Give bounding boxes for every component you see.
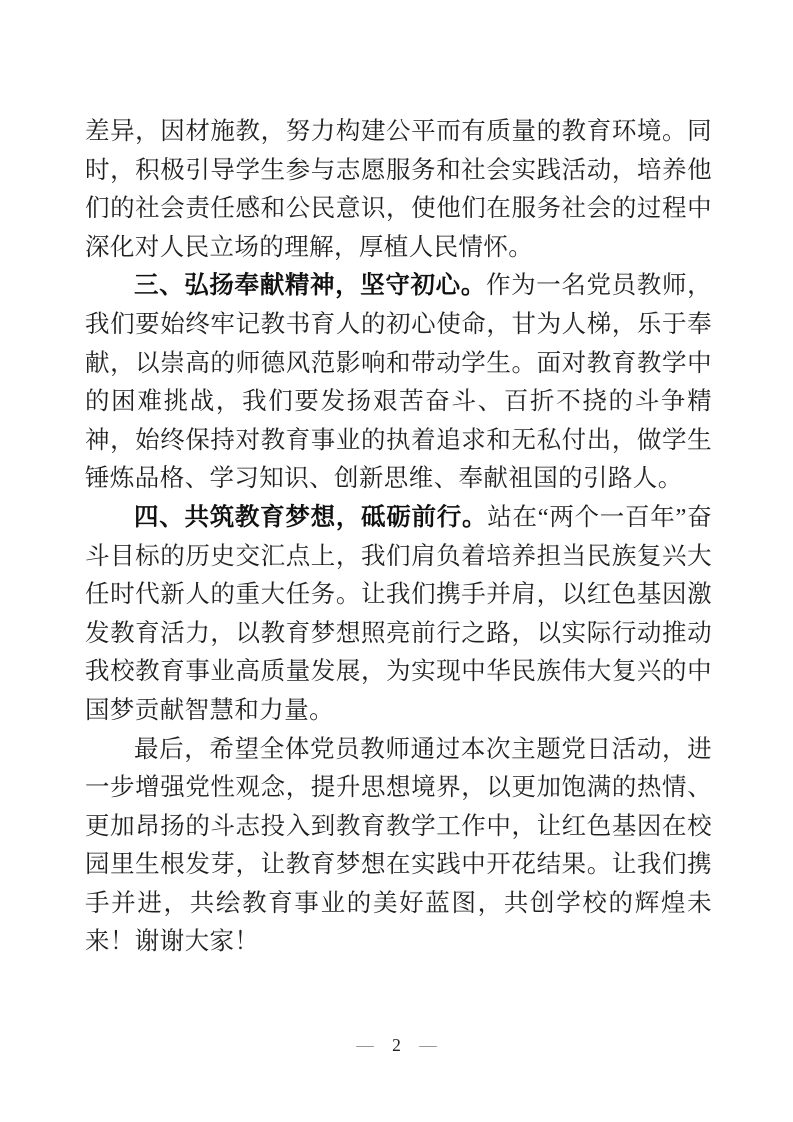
page-number-dash-left: — bbox=[354, 1035, 376, 1055]
paragraph-section-4: 四、共筑教育梦想，砥砺前行。站在“两个一百年”奋斗目标的历史交汇点上，我们肩负着… bbox=[85, 499, 712, 731]
page-number: 2 bbox=[392, 1035, 401, 1055]
section-4-heading: 四、共筑教育梦想，砥砺前行。 bbox=[134, 504, 487, 531]
paragraph-continuation: 差异，因材施教，努力构建公平而有质量的教育环境。同时，积极引导学生参与志愿服务和… bbox=[85, 113, 712, 267]
paragraph-closing-text: 最后，希望全体党员教师通过本次主题党日活动，进一步增强党性观念，提升思想境界，以… bbox=[85, 736, 712, 956]
section-3-heading: 三、弘扬奉献精神，坚守初心。 bbox=[134, 272, 486, 299]
document-page: 差异，因材施教，努力构建公平而有质量的教育环境。同时，积极引导学生参与志愿服务和… bbox=[0, 0, 793, 1122]
paragraph-section-3: 三、弘扬奉献精神，坚守初心。作为一名党员教师，我们要始终牢记教书育人的初心使命，… bbox=[85, 267, 712, 499]
paragraph-section-3-text: 作为一名党员教师，我们要始终牢记教书育人的初心使命，甘为人梯，乐于奉献，以崇高的… bbox=[85, 272, 712, 492]
page-footer: — 2 — bbox=[0, 1033, 793, 1057]
paragraph-closing: 最后，希望全体党员教师通过本次主题党日活动，进一步增强党性观念，提升思想境界，以… bbox=[85, 731, 712, 963]
paragraph-continuation-text: 差异，因材施教，努力构建公平而有质量的教育环境。同时，积极引导学生参与志愿服务和… bbox=[85, 118, 712, 261]
document-body: 差异，因材施教，努力构建公平而有质量的教育环境。同时，积极引导学生参与志愿服务和… bbox=[85, 113, 712, 962]
page-number-dash-right: — bbox=[417, 1035, 439, 1055]
paragraph-section-4-text: 站在“两个一百年”奋斗目标的历史交汇点上，我们肩负着培养担当民族复兴大任时代新人… bbox=[85, 504, 712, 724]
